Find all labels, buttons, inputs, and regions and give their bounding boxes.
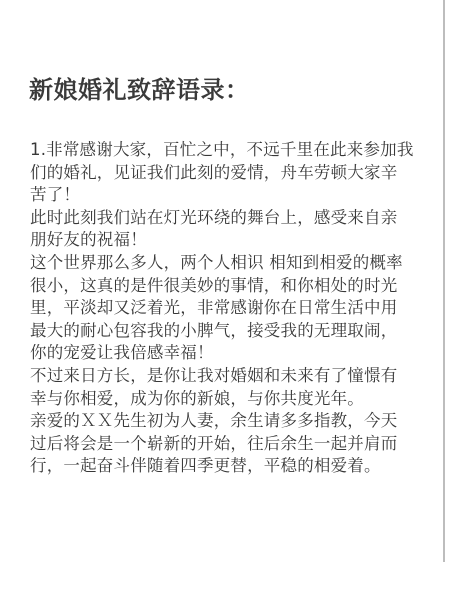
- text-line: 行，一起奋斗伴随着四季更替，平稳的相爱着。: [30, 455, 410, 478]
- document-page: 新娘婚礼致辞语录： 1.非常感谢大家，百忙之中，不远千里在此来参加我 们的婚礼，…: [0, 0, 449, 600]
- text-line: 不过来日方长，是你让我对婚姻和未来有了憧憬有: [30, 365, 410, 388]
- text-line: 苦了！: [30, 184, 410, 207]
- page-title: 新娘婚礼致辞语录：: [29, 70, 250, 105]
- text-line: 很小，这真的是件很美妙的事情，和你相处的时光: [30, 275, 410, 298]
- text-line: 里，平淡却又泛着光，非常感谢你在日常生活中用: [30, 297, 410, 320]
- text-line: 这个世界那么多人，两个人相识 相知到相爱的概率: [30, 252, 410, 275]
- speech-body: 1.非常感谢大家，百忙之中，不远千里在此来参加我 们的婚礼，见证我们此刻的爱情，…: [30, 139, 410, 478]
- text-line: 过后将会是一个崭新的开始，往后余生一起并肩而: [30, 433, 410, 456]
- text-line: 们的婚礼，见证我们此刻的爱情，舟车劳顿大家辛: [30, 162, 410, 185]
- text-line: 朋好友的祝福！: [30, 229, 410, 252]
- text-line: 最大的耐心包容我的小脾气，接受我的无理取闹，: [30, 320, 410, 343]
- text-line: 你的宠爱让我倍感幸福！: [30, 342, 410, 365]
- text-line: 亲爱的ＸＸ先生初为人妻，余生请多多指教，今天: [30, 410, 410, 433]
- text-line: 此时此刻我们站在灯光环绕的舞台上，感受来自亲: [30, 207, 410, 230]
- text-line: 1.非常感谢大家，百忙之中，不远千里在此来参加我: [30, 139, 410, 162]
- text-line: 幸与你相爱，成为你的新娘，与你共度光年。: [30, 388, 410, 411]
- page-edge-divider: [443, 0, 445, 562]
